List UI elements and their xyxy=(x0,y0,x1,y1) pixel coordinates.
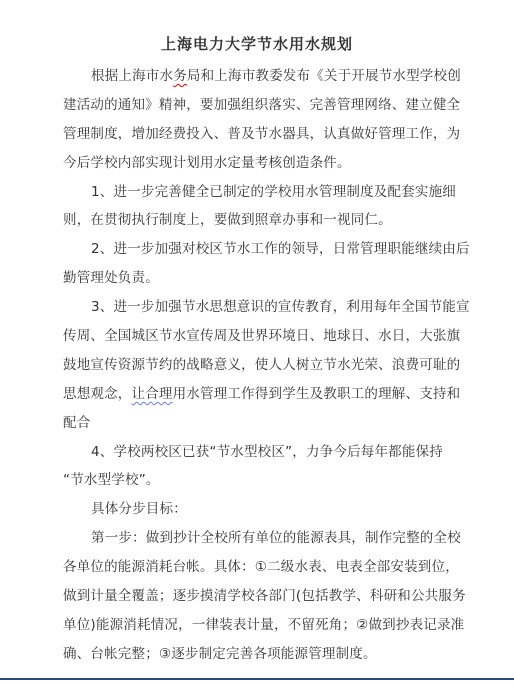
text-line: 传周、全国城区节水宣传周及世界环境日、地球日、水日，大张旗 xyxy=(63,322,514,351)
text-line: 确、台帐完整；③逐步制定完善各项能源管理制度。 xyxy=(63,640,514,669)
page-bottom-border xyxy=(0,678,514,680)
text-segment: 局和上海市教委发布《关于开展节水型学校创 xyxy=(187,68,461,84)
document-body[interactable]: 根据上海市水务局和上海市教委发布《关于开展节水型学校创建活动的通知》精神，要加强… xyxy=(63,62,514,669)
text-segment: 思想观念， xyxy=(63,386,132,402)
document-title: 上海电力大学节水用水规划 xyxy=(60,33,454,55)
text-line: 今后学校内部实现计划用水定量考核创造条件。 xyxy=(63,149,514,178)
text-line: 建活动的通知》精神，要加强组织落实、完善管理网络、建立健全 xyxy=(63,91,514,120)
text-line: 1、进一步完善健全已制定的学校用水管理制度及配套实施细 xyxy=(63,178,514,207)
text-line: 则，在贯彻执行制度上，要做到照章办事和一视同仁。 xyxy=(63,206,514,235)
text-line: 第一步：做到抄计全校所有单位的能源表具，制作完整的全校 xyxy=(63,524,514,553)
spellcheck-marked-text: 务 xyxy=(173,68,187,84)
text-line: 管理制度，增加经费投入、普及节水器具，认真做好管理工作，为 xyxy=(63,120,514,149)
text-line: 3、进一步加强节水思想意识的宣传教育，利用每年全国节能宣 xyxy=(63,293,514,322)
text-line: 具体分步目标： xyxy=(63,495,514,524)
text-line: 4、学校两校区已获“节水型校区”，力争今后每年都能保持 xyxy=(63,438,514,467)
text-line: 单位)能源消耗情况，一律装表计量，不留死角；②做到抄表记录准 xyxy=(63,611,514,640)
text-line: “节水型学校”。 xyxy=(63,466,514,495)
document-page: 上海电力大学节水用水规划 根据上海市水务局和上海市教委发布《关于开展节水型学校创… xyxy=(0,0,514,685)
text-segment: 根据上海市水 xyxy=(91,68,173,84)
text-line: 思想观念，让合理用水管理工作得到学生及教职工的理解、支持和 xyxy=(63,380,514,409)
text-line: 2、进一步加强对校区节水工作的领导，日常管理职能继续由后 xyxy=(63,235,514,264)
text-line: 配合 xyxy=(63,409,514,438)
text-line: 鼓地宣传资源节约的战略意义，使人人树立节水光荣、浪费可耻的 xyxy=(63,351,514,380)
text-line: 做到计量全覆盖；逐步摸清学校各部门(包括教学、科研和公共服务 xyxy=(63,582,514,611)
text-line: 各单位的能源消耗台帐。具体：①二级水表、电表全部安装到位， xyxy=(63,553,514,582)
text-line: 根据上海市水务局和上海市教委发布《关于开展节水型学校创 xyxy=(63,62,514,91)
text-segment: 用水管理工作得到学生及教职工的理解、支持和 xyxy=(173,386,461,402)
grammar-marked-text: 让合理 xyxy=(132,386,173,402)
text-line: 勤管理处负责。 xyxy=(63,264,514,293)
